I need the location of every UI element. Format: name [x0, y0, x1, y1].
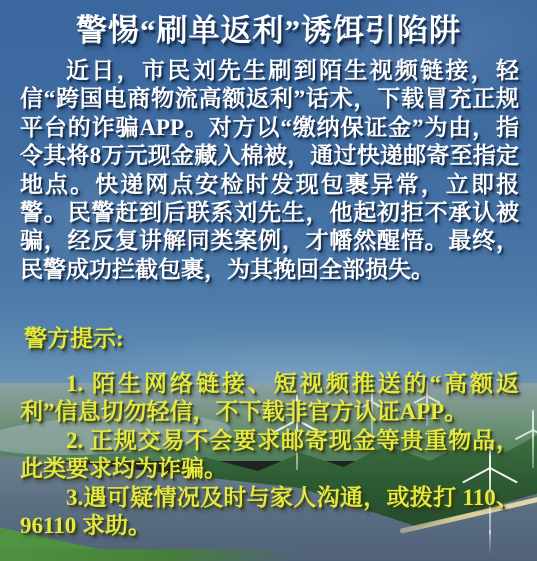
poster-title: 警惕“刷单返利”诱饵引陷阱	[0, 5, 537, 50]
anti-fraud-poster: 警惕“刷单返利”诱饵引陷阱 近日，市民刘先生刷到陌生视频链接，轻信“跨国电商物流…	[0, 0, 537, 561]
police-tips-list: 1. 陌生网络链接、短视频推送的“高额返利”信息切勿轻信，不下载非官方认证APP…	[20, 370, 519, 540]
police-tips-heading: 警方提示:	[24, 320, 124, 353]
tip-item: 2. 正规交易不会要求邮寄现金等贵重物品，此类要求均为诈骗。	[20, 427, 519, 484]
tip-item: 3.遇可疑情况及时与家人沟通，或拨打 110、96110 求助。	[20, 484, 519, 541]
case-paragraph: 近日，市民刘先生刷到陌生视频链接，轻信“跨国电商物流高额返利”话术，下载冒充正规…	[20, 57, 519, 284]
grass-shore	[0, 549, 300, 561]
tip-item: 1. 陌生网络链接、短视频推送的“高额返利”信息切勿轻信，不下载非官方认证APP…	[20, 370, 519, 427]
